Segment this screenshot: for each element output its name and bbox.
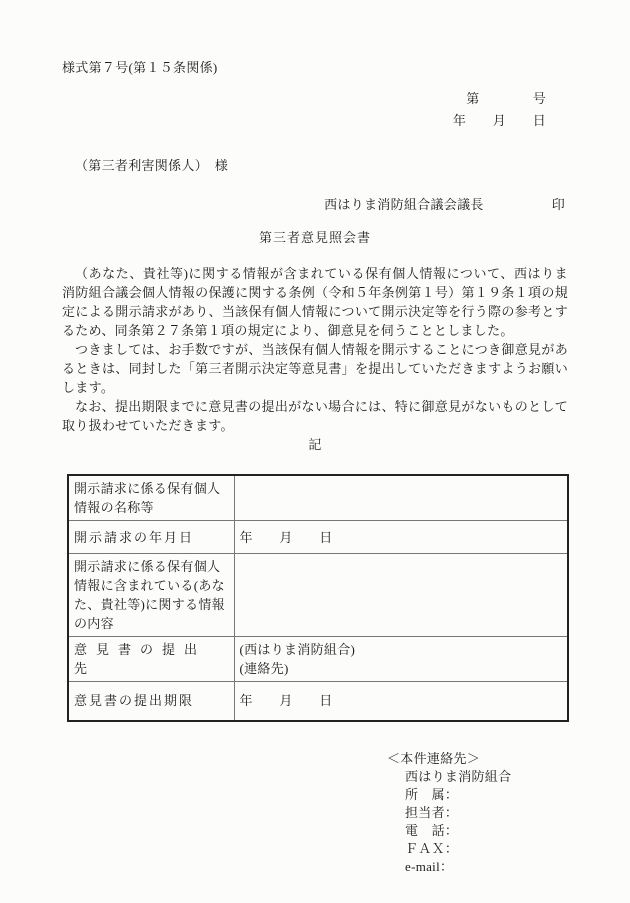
paragraph: （あなた、貴社等)に関する情報が含まれている保有個人情報について、西はりま消防組…: [62, 264, 568, 340]
row-label-submit-to: 意見書の提出先: [68, 637, 234, 682]
body-text: （あなた、貴社等)に関する情報が含まれている保有個人情報について、西はりま消防組…: [62, 264, 568, 435]
paragraph: なお、提出期限までに意見書の提出がない場合には、特に御意見がないものとして取り扱…: [62, 397, 568, 435]
row-value-info-content: [234, 554, 568, 637]
form-number: 様式第７号(第１５条関係): [62, 58, 568, 77]
contact-heading: ＜本件連絡先＞: [387, 750, 568, 768]
row-label-personal-info-name: 開示請求に係る保有個人情報の名称等: [68, 475, 234, 521]
contact-field-person: 担当者：: [405, 804, 568, 822]
document-date-line: 年 月 日: [62, 110, 546, 132]
addressee-line: （第三者利害関係人） 様: [62, 156, 568, 175]
row-value-request-date: 年 月 日: [234, 521, 568, 554]
row-value-submit-deadline: 年 月 日: [234, 682, 568, 721]
contact-field-fax: ＦＡＸ：: [405, 840, 568, 858]
paragraph: つきましては、お手数ですが、当該保有個人情報を開示することにつき御意見があるとき…: [62, 340, 568, 397]
contact-field-department: 所 属：: [405, 786, 568, 804]
row-value-submit-to: (西はりま消防組合) (連絡先): [234, 637, 568, 682]
document-title: 第三者意見照会書: [62, 228, 568, 247]
row-label-info-content: 開示請求に係る保有個人情報に含まれている(あなた、貴社等)に関する情報の内容: [68, 554, 234, 637]
document-page: 様式第７号(第１５条関係) 第 号 年 月 日 （第三者利害関係人） 様 西はり…: [0, 0, 630, 903]
table-row: 意見書の提出期限 年 月 日: [68, 682, 568, 721]
seal-mark: 印: [552, 197, 565, 212]
sender-line: 西はりま消防組合議会議長印: [62, 195, 565, 214]
row-value-personal-info-name: [234, 475, 568, 521]
document-number-block: 第 号 年 月 日: [62, 88, 546, 132]
row-label-submit-deadline: 意見書の提出期限: [68, 682, 234, 721]
document-number-line: 第 号: [62, 88, 546, 110]
section-marker: 記: [62, 435, 568, 454]
contact-field-email: e-mail：: [405, 858, 568, 876]
contact-block: ＜本件連絡先＞ 西はりま消防組合 所 属： 担当者： 電 話： ＦＡＸ： e-m…: [62, 750, 568, 876]
contact-field-phone: 電 話：: [405, 822, 568, 840]
table-row: 開示請求に係る保有個人情報の名称等: [68, 475, 568, 521]
table-row: 開示請求に係る保有個人情報に含まれている(あなた、貴社等)に関する情報の内容: [68, 554, 568, 637]
table-row: 開示請求の年月日 年 月 日: [68, 521, 568, 554]
contact-organization: 西はりま消防組合: [405, 768, 568, 786]
inquiry-form-table: 開示請求に係る保有個人情報の名称等 開示請求の年月日 年 月 日 開示請求に係る…: [67, 474, 569, 722]
row-label-request-date: 開示請求の年月日: [68, 521, 234, 554]
table-row: 意見書の提出先 (西はりま消防組合) (連絡先): [68, 637, 568, 682]
sender-title: 西はりま消防組合議会議長: [324, 197, 484, 212]
